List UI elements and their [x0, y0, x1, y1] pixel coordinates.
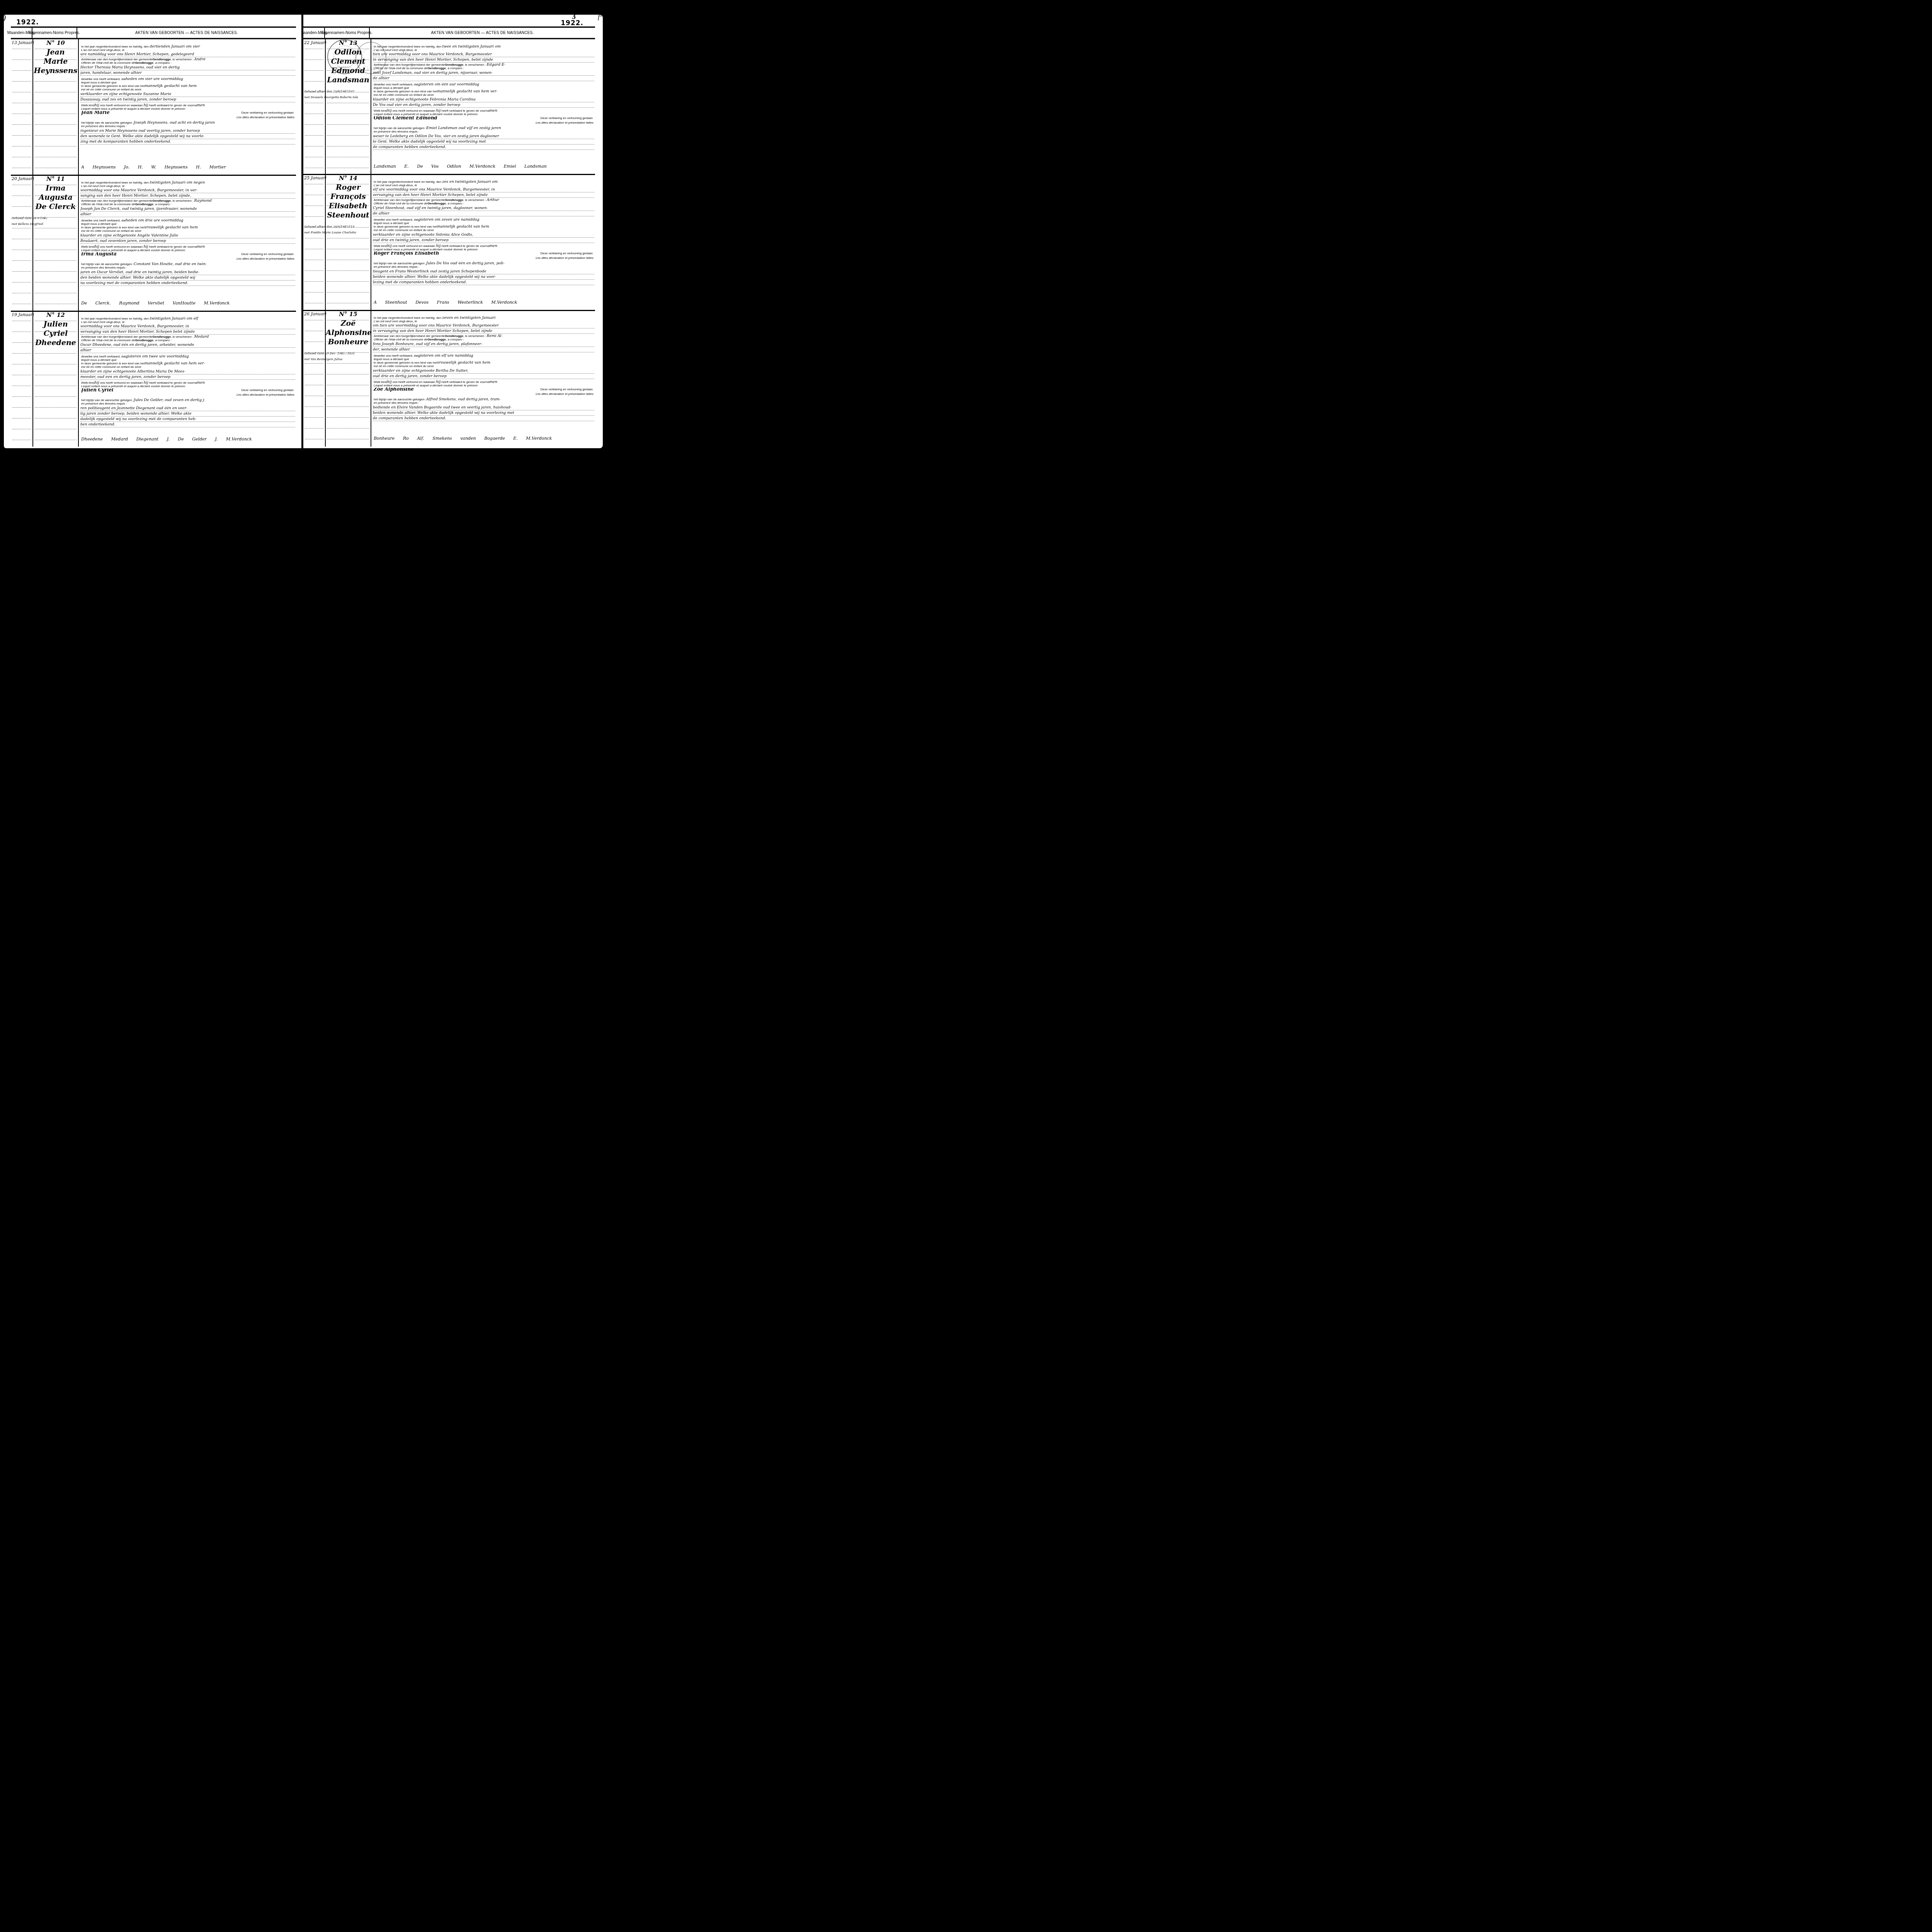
ruling-line	[327, 352, 369, 353]
handwritten-comparant: alhier	[80, 212, 295, 217]
form-presentation-nl: Deze verklaring en vertooning gedaan	[541, 116, 593, 120]
handwritten-officer-cont: vervanging van den heer Henri Mortier Sc…	[373, 193, 594, 198]
printed-form-line: est né en cette commune un enfant du sex…	[81, 229, 295, 233]
birth-act-entry: 13 Januari N° 10 JeanMarieHeynssens In h…	[11, 39, 296, 176]
handwritten-comparant-start: André	[194, 58, 206, 61]
ruling-line	[327, 216, 369, 217]
handwritten-given-names: Roger François Elisabeth	[374, 252, 439, 256]
ruling-line	[35, 332, 77, 332]
handwritten-mother: klaarder en zijne echtgenoote Albertina …	[80, 369, 295, 374]
child-name-part: Alphonsine	[326, 328, 371, 337]
ruling-line	[327, 320, 369, 320]
ruling-line	[12, 196, 31, 196]
handwritten-pronoun: hij	[436, 109, 440, 112]
handwritten-pronoun: hij	[143, 245, 148, 248]
form-text: , a comparu :	[153, 338, 172, 342]
printed-form-line: het bijzijn van de aanzochte getuigen : …	[374, 398, 594, 401]
form-intro-nl: In het jaar negentienhonderd twee en twi…	[81, 317, 149, 320]
month-column: 19 Januari	[11, 311, 32, 447]
child-name-part: Julien	[33, 320, 78, 328]
ruling-line	[305, 303, 323, 303]
form-officer-fr: Officier de l'état-civil de la commune d…	[374, 66, 427, 70]
handwritten-given-names: Jean Marie	[81, 111, 110, 115]
ruling-line	[305, 124, 323, 125]
form-witnesses-fr: en présence des témoins requis :	[374, 401, 419, 405]
handwritten-comparant-start: Arthur	[487, 198, 499, 202]
handwritten-comparant-start: Raymond	[194, 199, 212, 202]
child-name-part: Heynssens	[33, 66, 78, 75]
printed-form-line: In het jaar negentienhonderd twee en twi…	[374, 45, 594, 48]
ruling-line	[12, 332, 31, 332]
header-title: AKTEN VAN GEBOORTEN — ACTES DE NAISSANCE…	[77, 28, 296, 38]
ruling-line	[327, 249, 369, 249]
form-presentation-fr-line: Les dites déclaration et présentation fa…	[81, 393, 294, 396]
handwritten-pronoun: hij	[387, 380, 392, 384]
ruling-line	[12, 293, 31, 293]
printed-form-line: dewelke ons heeft verklaard, dat heden o…	[81, 219, 295, 222]
names-column: N° 13 OdilonClementEdmondLandsman Gehuwd…	[326, 39, 371, 174]
birth-act-entry: 25 Januari N° 14 RogerFrançoisElisabethS…	[303, 174, 595, 311]
form-child-fr: Lequel enfant nous a présenté et auquel …	[374, 384, 478, 387]
ruling-line	[35, 114, 77, 114]
printed-form-line: het bijzijn van de aanzochte getuigen : …	[81, 398, 295, 402]
act-text-column: In het jaar negentienhonderd twee en twi…	[371, 174, 595, 310]
handwritten-officer-cont: in vervanging van den heer Henri Mortier…	[373, 329, 594, 334]
ruling-line	[327, 439, 369, 439]
printed-form-line: Welk kind hij ons heeft vertoond en waar…	[81, 104, 295, 107]
handwritten-witnesses: beiden wonende alhier. Welke akte dadeli…	[373, 411, 594, 416]
handwritten-suffix: men	[489, 109, 497, 112]
ruling-line	[12, 185, 31, 185]
form-witnesses-nl: het bijzijn van de aanzochte getuigen :	[81, 121, 134, 124]
act-text-column: In het jaar negentienhonderd twee en twi…	[79, 39, 296, 175]
handwritten-officer-cont: vervanging van den heer Henri Mortier, S…	[80, 330, 295, 335]
handwritten-pronoun: hij	[143, 104, 148, 107]
form-presentation-fr-line: Les dites déclaration et présentation fa…	[81, 257, 294, 260]
handwritten-mother: De Vos oud vier en dertig jaren, zonder …	[373, 103, 594, 108]
form-officer-nl: Ambtenaar van den burgerlijkenstand der …	[374, 63, 445, 66]
form-intro-nl: In het jaar negentienhonderd twee en twi…	[374, 45, 441, 48]
handwritten-witnesses: te Gent. Welke akte dadelijk opgesteld w…	[373, 139, 594, 145]
form-declared-nl: dewelke ons heeft verklaard, dat	[81, 219, 126, 222]
entry-date: 13 Januari	[12, 40, 34, 45]
ruling-line	[327, 146, 369, 146]
ruling-line	[12, 364, 31, 364]
form-declared-fr: lequel nous a déclaré que	[374, 86, 409, 90]
handwritten-witnesses: den wonende te Gent. Welke akte dadelijk…	[80, 134, 295, 139]
child-name-part: Landsman	[326, 76, 371, 84]
printed-form-line: Officier de l'état-civil de la commune d…	[374, 202, 594, 205]
form-declared-fr: lequel nous a déclaré que	[81, 81, 117, 84]
form-intro-fr: L'an mil neuf cent vingt-deux, le	[81, 320, 124, 324]
printed-form-line: lequel nous a déclaré que	[374, 357, 594, 361]
child-name-part: Edmond	[326, 66, 371, 75]
left-page: ) 1922. Maanden-Mois. Eigennamen-Noms Pr…	[4, 15, 301, 448]
commune-name: Gendbrugge	[445, 334, 464, 338]
child-name-part: Elisabeth	[326, 202, 371, 210]
ruling-line	[327, 227, 369, 228]
printed-form-line: est né en cette commune un enfant du sex…	[81, 365, 295, 369]
printed-form-line: Ambtenaar van den burgerlijkenstand der …	[374, 198, 594, 202]
handwritten-officer: ure namiddag voor ons Henri Mortier, Sch…	[80, 52, 295, 57]
form-born-nl: in deze gemeente geboren is een kind van…	[374, 361, 437, 364]
ruling-line	[305, 331, 323, 331]
ruling-line	[327, 292, 369, 293]
ruling-line	[35, 103, 77, 103]
form-intro-nl: In het jaar negentienhonderd twee en twi…	[374, 316, 441, 320]
form-declared-fr: lequel nous a déclaré que	[81, 222, 117, 226]
printed-form-line: In het jaar negentienhonderd twee en twi…	[374, 316, 594, 320]
handwritten-given-names: Irma Augusta	[81, 252, 117, 257]
ruling-line	[35, 304, 77, 304]
handwritten-mother: klaarder en zijne echtgenoote Angèle Val…	[80, 233, 295, 238]
form-child-nl: Welk kind	[81, 381, 95, 384]
handwritten-birth-time: heden om drie ure voormiddag	[126, 219, 183, 222]
form-witnesses-nl: het bijzijn van de aanzochte getuigen :	[81, 398, 134, 402]
form-born-fr: est né en cette commune un enfant du sex…	[81, 229, 141, 233]
right-page: 3 f° 1922. Maanden-Mois. Eigennamen-Noms…	[303, 15, 603, 448]
ruling-line	[12, 124, 31, 125]
header-names: Eigennamen-Noms Propres.	[32, 28, 77, 38]
form-intro-fr: L'an mil neuf cent vingt-deux, le	[81, 184, 124, 188]
handwritten-date: dertienden Januari om vier	[150, 45, 200, 48]
handwritten-officer: elf ure voormiddag voor ons Maurice Verd…	[373, 187, 594, 192]
printed-form-line: Ambtenaar van den burgerlijkenstand der …	[374, 63, 594, 66]
ruling-line	[12, 103, 31, 103]
ruling-line	[327, 49, 369, 49]
signatures: Bonheure Ro Alf. Smekens vanden Bogaerde…	[374, 436, 594, 441]
marriage-annotation-line: Gehuwd alhier den 20/9/1947/119	[304, 224, 372, 229]
ruling-line	[327, 60, 369, 60]
printed-form-line: in deze gemeente geboren is een kind van…	[374, 90, 594, 93]
month-column: 25 Januari	[303, 174, 325, 310]
names-column: N° 10 JeanMarieHeynssens	[33, 39, 78, 175]
ruling-line	[305, 281, 323, 282]
printed-form-line: Lequel enfant nous a présenté et auquel …	[81, 107, 295, 111]
form-officer-nl: Ambtenaar van den burgerlijkenstand der …	[81, 58, 153, 61]
ruling-line	[12, 271, 31, 272]
printed-form-line: Officier de l'état-civil de la commune d…	[81, 202, 295, 206]
handwritten-witness-start: Jules De Vos oud één en dertig jaren, po…	[426, 262, 505, 265]
ruling-line	[327, 238, 369, 238]
ruling-line	[305, 238, 323, 238]
printed-form-line: dewelke ons heeft verklaard, dat gistere…	[374, 83, 594, 86]
ruling-line	[35, 342, 77, 343]
form-born-nl: in deze gemeente geboren is een kind van…	[374, 225, 437, 228]
printed-form-line: in deze gemeente geboren is een kind van…	[81, 362, 295, 365]
commune-name: Gendbrugge	[135, 338, 153, 342]
ruling-line	[305, 260, 323, 260]
handwritten-mother: meester, oud een en dertig jaren, zonder…	[80, 375, 295, 380]
commune-name: Gendbrugge	[153, 335, 171, 338]
handwritten-officer-cont: in vervanging van den heer Henri Mortier…	[373, 58, 594, 63]
printed-form-line: en présence des témoins requis :	[374, 401, 594, 405]
signatures: Landsman E. De Vos Odilon M.Verdonck Emi…	[374, 164, 594, 169]
handwritten-mother: Bouüaert, oud zeventien jaren, zonder be…	[80, 239, 295, 244]
ruling-line	[35, 81, 77, 82]
child-name-part: Clement	[326, 57, 371, 66]
form-born-nl: in deze gemeente geboren is een kind van…	[81, 84, 145, 88]
ruling-line	[305, 114, 323, 114]
ruling-line	[35, 157, 77, 157]
form-officer-fr: Officier de l'état-civil de la commune d…	[81, 61, 135, 65]
birth-act-entry: 26 Januari N° 15 ZoëAlphonsineBonheure G…	[303, 310, 595, 446]
names-column: N° 11 IrmaAugustaDe Clerck Gehuwd Gent 2…	[33, 175, 78, 311]
ruling-line	[327, 168, 369, 168]
printed-form-line: dewelke ons heeft verklaard, dat heden o…	[81, 77, 295, 81]
handwritten-officer: voormiddag voor ons Maurice Verdonck, Bu…	[80, 188, 295, 193]
form-presentation-nl: Deze verklaring en vertooning gedaan	[241, 388, 294, 392]
ruling-line	[305, 195, 323, 195]
printed-form-line: L'an mil neuf cent vingt-deux, le	[81, 184, 295, 188]
form-born-nl: in deze gemeente geboren is een kind van…	[81, 362, 145, 365]
form-child-fr: Lequel enfant nous a présenté et auquel …	[374, 112, 478, 116]
handwritten-date: twee en twintigsten Januari om	[442, 45, 500, 48]
ruling-line	[327, 157, 369, 157]
ruling-line	[305, 184, 323, 184]
form-officer-fr: Officier de l'état-civil de la commune d…	[374, 338, 427, 341]
handwritten-given-names: Zoë Alphonsine	[374, 388, 414, 392]
printed-form-line: Officier de l'état-civil de la commune d…	[81, 61, 295, 65]
ruling-line	[35, 250, 77, 250]
ruling-line	[35, 185, 77, 185]
printed-form-line: lequel nous a déclaré que	[81, 222, 295, 226]
handwritten-mother: oud drie en twintig jaren, zonder beroep	[373, 238, 594, 243]
ruling-line	[327, 114, 369, 114]
ruling-line	[305, 396, 323, 396]
form-intro-fr: L'an mil neuf cent vingt-deux, le	[81, 48, 124, 52]
form-witnesses-fr: en présence des témoins requis :	[374, 265, 419, 269]
printed-form-line: In het jaar negentienhonderd twee en twi…	[81, 181, 295, 184]
form-witnesses-nl: het bijzijn van de aanzochte getuigen :	[374, 262, 426, 265]
handwritten-comparant: Joseph Jan De Clerck, oud twintig jaren,…	[80, 207, 295, 212]
marriage-annotation-line: Gehuwd Gent 29 Dec. 1943 / 1651	[304, 351, 372, 356]
ruling-line	[327, 70, 369, 71]
entry-date: 19 Januari	[12, 312, 34, 317]
ruling-line	[305, 206, 323, 206]
printed-form-line: in deze gemeente geboren is een kind van…	[374, 361, 594, 364]
ruling-line	[35, 418, 77, 418]
child-name-part: Irma	[33, 184, 78, 192]
child-name-part: Jean	[33, 48, 78, 56]
ruling-line	[305, 103, 323, 103]
form-declared-fr: lequel nous a déclaré que	[81, 358, 117, 362]
child-name-part: François	[326, 192, 371, 201]
child-name-part: Cyriel	[33, 329, 78, 338]
entry-date: 22 Januari	[304, 40, 327, 45]
form-intro-fr: L'an mil neuf cent vingt-deux, le	[374, 184, 417, 187]
printed-form-line: L'an mil neuf cent vingt-deux, le	[374, 184, 594, 187]
printed-form-line: Welk kind hij ons heeft vertoond en waar…	[374, 109, 594, 112]
handwritten-given-names: Odilon Clement Edmond	[374, 116, 437, 121]
printed-form-line: dewelke ons heeft verklaard, dat gistere…	[81, 355, 295, 358]
handwritten-witnesses: ren politieagent en Jeannette Diegenant …	[80, 406, 295, 411]
ruling-line	[35, 228, 77, 228]
ruling-line	[12, 407, 31, 408]
ruling-line	[12, 206, 31, 207]
form-child-nl: Welk kind	[374, 109, 387, 112]
form-born-fr: est né en cette commune un enfant du sex…	[374, 93, 434, 97]
ruling-line	[12, 135, 31, 136]
form-intro-nl: In het jaar negentienhonderd twee en twi…	[374, 180, 441, 184]
signatures: A Heynssens Jo. H. W. Heynssens H. Morti…	[81, 165, 294, 170]
handwritten-witnesses: lezing met de comparanten hebben onderte…	[373, 280, 594, 285]
printed-form-line: Officier de l'état-civil de la commune d…	[374, 338, 594, 341]
form-text: , a comparu :	[446, 66, 464, 70]
ruling-line	[305, 49, 323, 49]
ruling-line	[12, 81, 31, 82]
handwritten-mother: Dusaussay, oud zes en twintig jaren, zon…	[80, 97, 295, 102]
printed-form-line: Lequel enfant nous a présenté et auquel …	[374, 248, 594, 251]
printed-form-line: en présence des témoins requis :	[374, 265, 594, 269]
month-column: 26 Januari	[303, 310, 325, 446]
ruling-line	[12, 418, 31, 418]
signatures: A Steenhout Devos Frans Westerlinck M.Ve…	[374, 300, 594, 305]
ruling-line	[12, 168, 31, 168]
handwritten-mother: verklaarder en zijne echtgenoote Sidonia…	[373, 233, 594, 238]
handwritten-comparant: Cyriel Steenhout, oud vijf en twintig ja…	[373, 206, 594, 211]
ruling-line	[305, 249, 323, 249]
ruling-line	[35, 386, 77, 386]
ruling-line	[35, 429, 77, 429]
form-born-fr: est né en cette commune un enfant du sex…	[374, 228, 434, 232]
ruling-line	[35, 135, 77, 136]
printed-form-line: en présence des témoins requis :	[81, 124, 295, 128]
printed-form-line: Ambtenaar van den burgerlijkenstand der …	[81, 199, 295, 202]
form-witnesses-nl: het bijzijn van de aanzochte getuigen :	[81, 262, 134, 266]
birth-act-entry: 22 Januari N° 13 OdilonClementEdmondLand…	[303, 39, 595, 175]
ruling-line	[12, 250, 31, 250]
form-child-fr: Lequel enfant nous a présenté et auquel …	[374, 248, 478, 251]
handwritten-date: twintigsten Januari om negen	[150, 181, 205, 184]
handwritten-witnesses: wever te Ledeberg en Odilon De Vos, vier…	[373, 134, 594, 139]
handwritten-date: twintigsten Januari om elf	[150, 317, 198, 320]
commune-name: Gendbrugge	[153, 58, 171, 61]
ruling-line	[327, 103, 369, 103]
ruling-line	[12, 342, 31, 343]
ruling-line	[327, 206, 369, 206]
ruling-line	[305, 70, 323, 71]
form-intro-nl: In het jaar negentienhonderd twee en twi…	[81, 181, 149, 184]
form-officer-fr: Officier de l'état-civil de la commune d…	[81, 338, 135, 342]
printed-form-line: lequel nous a déclaré que	[374, 221, 594, 225]
printed-form-line: In het jaar negentienhonderd twee en twi…	[81, 45, 295, 48]
month-column: 22 Januari	[303, 39, 325, 174]
ruling-line	[305, 385, 323, 385]
form-born-fr: est né en cette commune un enfant du sex…	[81, 365, 141, 369]
birth-act-entry: 19 Januari N° 12 JulienCyrielDheedene In…	[11, 311, 296, 447]
printed-form-line: Ambtenaar van den burgerlijkenstand der …	[374, 334, 594, 338]
ruling-line	[327, 428, 369, 429]
ruling-line	[327, 406, 369, 407]
form-presentation-fr-line: Les dites déclaration et présentation fa…	[374, 392, 594, 396]
handwritten-mother: verklaarder en zijne echtgenoote Bertha …	[373, 369, 594, 374]
commune-name: Gendbrugge	[427, 66, 446, 70]
ruling-line	[35, 396, 77, 397]
ruling-line	[12, 49, 31, 49]
child-name-part: Marie	[33, 57, 78, 66]
act-number: N° 13	[326, 39, 371, 46]
handwritten-mother: oud drie en dertig jaren, zonder beroep	[373, 374, 594, 379]
handwritten-sex: mannelijk geslacht van hem ver-	[145, 362, 205, 365]
form-presentation-nl: Deze verklaring en vertooning gedaan	[241, 111, 294, 114]
ruling-line	[35, 206, 77, 207]
printed-form-line: en présence des témoins requis :	[374, 130, 594, 133]
marriage-annotation-line: met Dewaele Georgetta Roberta Iola	[304, 95, 372, 100]
handwritten-suffix: men	[489, 380, 497, 384]
printed-form-line: Welk kind hij ons heeft vertoond en waar…	[81, 245, 295, 248]
column-header: Maanden-Mois. Eigennamen-Noms Propres. A…	[303, 27, 595, 39]
printed-form-line: in deze gemeente geboren is een kind van…	[374, 225, 594, 228]
birth-act-entry: 20 Januari N° 11 IrmaAugustaDe Clerck Ge…	[11, 175, 296, 312]
handwritten-witness-start: Constant Van Houtte, oud drie en twin-	[134, 262, 207, 266]
ruling-line	[305, 417, 323, 418]
handwritten-birth-time: gisteren om één uur voormiddag	[418, 83, 479, 86]
ruling-line	[305, 270, 323, 271]
handwritten-witnesses: bediende en Elvire Vanden Bogaerde oud t…	[373, 405, 594, 410]
marriage-annotation-line: met Pradde Marie Louise Charlotte	[304, 230, 372, 235]
printed-form-line: in deze gemeente geboren is een kind van…	[81, 84, 295, 88]
register-grid-left: 13 Januari N° 10 JeanMarieHeynssens In h…	[11, 39, 296, 447]
ruling-line	[12, 60, 31, 60]
form-presentation-fr-line: Les dites déclaration et présentation fa…	[374, 121, 594, 124]
form-presentation-fr-line: Les dites déclaration et présentation fa…	[81, 116, 294, 119]
form-text: , a comparu :	[153, 202, 172, 206]
ruling-line	[35, 440, 77, 440]
handwritten-suffix: men	[197, 245, 205, 248]
marriage-annotation-line: met Van Rentergem Julius	[304, 357, 372, 362]
month-column: 13 Januari	[11, 39, 32, 175]
ruling-line	[12, 429, 31, 429]
child-name-part: Bonheure	[326, 338, 371, 346]
printed-form-line: In het jaar negentienhonderd twee en twi…	[374, 180, 594, 184]
ruling-line	[327, 363, 369, 364]
form-presentation-fr-line: Les dites déclaration et présentation fa…	[374, 256, 594, 260]
ruling-line	[35, 260, 77, 261]
form-presentation-fr: Les dites déclaration et présentation fa…	[236, 393, 294, 396]
printed-form-line: Lequel enfant nous a présenté et auquel …	[81, 384, 295, 388]
handwritten-pronoun: hij	[95, 104, 99, 107]
ruling-line	[305, 60, 323, 60]
ruling-line	[327, 81, 369, 82]
form-child-nl: Welk kind	[374, 244, 387, 248]
ruling-line	[12, 353, 31, 354]
handwritten-date: zeven en twintigsten Januari	[442, 316, 495, 320]
form-presentation-fr: Les dites déclaration et présentation fa…	[536, 392, 594, 396]
form-presentation-nl: Deze verklaring en vertooning gedaan	[541, 252, 593, 255]
act-number: N° 15	[326, 311, 371, 318]
printed-form-line: Ambtenaar van den burgerlijkenstand der …	[81, 335, 295, 338]
handwritten-officer-cont: vanging van den heer Henri Mortier, Sche…	[80, 194, 295, 199]
act-number: N° 14	[326, 175, 371, 182]
handwritten-comparant: jaren, handelaar, wonende alhier	[80, 71, 295, 76]
ruling-line	[327, 195, 369, 195]
handwritten-sex: vrouwelijk geslacht van hem	[145, 226, 198, 229]
ruling-line	[327, 331, 369, 331]
ruling-line	[35, 217, 77, 218]
ruling-line	[12, 157, 31, 157]
form-declared-nl: dewelke ons heeft verklaard, dat	[374, 83, 418, 86]
printed-form-line: est né en cette commune un enfant du sex…	[374, 364, 594, 368]
handwritten-witness-start: Emiel Landsman oud vijf en zestig jaren	[426, 126, 501, 130]
printed-form-line: en présence des témoins requis :	[81, 402, 295, 405]
printed-form-line: het bijzijn van de aanzochte getuigen : …	[81, 121, 295, 124]
printed-form-line: est né en cette commune un enfant du sex…	[81, 88, 295, 91]
form-officer-nl: Ambtenaar van den burgerlijkenstand der …	[374, 198, 445, 202]
printed-form-line: Welk kind hij ons heeft vertoond en waar…	[374, 380, 594, 384]
form-witnesses-nl: het bijzijn van de aanzochte getuigen :	[374, 126, 426, 130]
handwritten-comparant: de alhier	[373, 76, 594, 81]
